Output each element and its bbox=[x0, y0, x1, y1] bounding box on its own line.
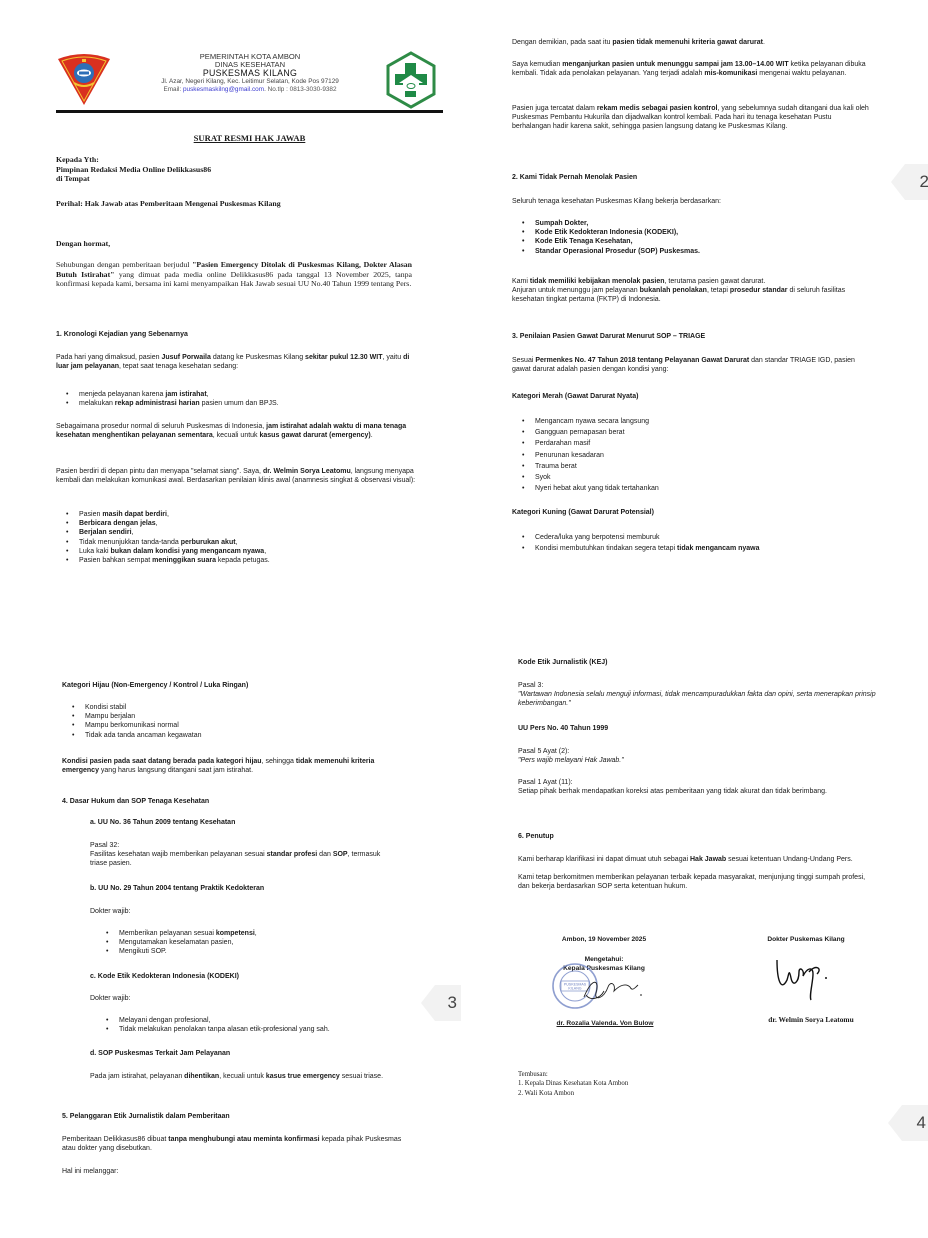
list-item: melakukan rekap administrasi harian pasi… bbox=[56, 399, 416, 408]
green-category-conclusion: Kondisi pasien pada saat datang berada p… bbox=[62, 757, 412, 775]
signature-right-icon bbox=[769, 950, 839, 1005]
puskesmas-cross-logo-icon bbox=[385, 51, 437, 109]
list-item: Mampu berjalan bbox=[62, 712, 412, 721]
list-item: Tidak ada tanda ancaman kegawatan bbox=[62, 731, 412, 740]
letterhead-divider bbox=[56, 110, 443, 113]
closing-paragraph-2: Kami tetap berkomitmen memberikan pelaya… bbox=[518, 873, 878, 891]
yellow-category-title: Kategori Kuning (Gawat Darurat Potensial… bbox=[512, 508, 872, 517]
letterhead-org: PUSKESMAS KILANG bbox=[120, 69, 380, 77]
list-item: Kode Etik Kedokteran Indonesia (KODEKI), bbox=[512, 228, 872, 237]
section-1: 1. Kronologi Kejadian yang Sebenarnya bbox=[56, 330, 416, 339]
list-item: Mengutamakan keselamatan pasien, bbox=[96, 938, 416, 947]
list-item: Melayani dengan profesional, bbox=[96, 1016, 416, 1025]
section-1-title: 1. Kronologi Kejadian yang Sebenarnya bbox=[56, 330, 416, 339]
list-item: Tidak menunjukkan tanda-tanda perburukan… bbox=[56, 538, 416, 547]
law-c-title: c. Kode Etik Kedokteran Indonesia (KODEK… bbox=[90, 972, 410, 981]
list-item: Kondisi membutuhkan tindakan segera teta… bbox=[512, 543, 872, 554]
kej-quote: "Wartawan Indonesia selalu menguji infor… bbox=[518, 690, 878, 708]
section-2-intro: Seluruh tenaga kesehatan Puskesmas Kilan… bbox=[512, 197, 872, 206]
list-item: Mengancam nyawa secara langsung bbox=[512, 416, 872, 427]
signatory-right-name: dr. Welmin Sorya Leatomu bbox=[736, 1015, 886, 1024]
document-page-2: Dengan demikian, pada saat itu pasien ti… bbox=[464, 0, 928, 619]
section-5-paragraph: Pemberitaan Delikkasus86 dibuat tanpa me… bbox=[62, 1135, 412, 1153]
law-c-intro: Dokter wajib: bbox=[90, 994, 410, 1003]
section-1-paragraph-3: Pasien berdiri di depan pintu dan menyap… bbox=[56, 467, 416, 485]
list-item: Pasien bahkan sempat meninggikan suara k… bbox=[56, 556, 416, 565]
section-1-paragraph-1: Pada hari yang dimaksud, pasien Jusuf Po… bbox=[56, 353, 416, 371]
closing-paragraph-1: Kami berharap klarifikasi ini dapat dimu… bbox=[518, 855, 878, 864]
section-1-activity-list: menjeda pelayanan karena jam istirahat, … bbox=[56, 390, 416, 408]
uu-pasal-5: Pasal 5 Ayat (2): bbox=[518, 747, 878, 756]
salutation: Dengan hormat, bbox=[56, 239, 436, 249]
section-1-paragraph-2: Sebagaimana prosedur normal di seluruh P… bbox=[56, 422, 416, 440]
principles-list: Sumpah Dokter, Kode Etik Kedokteran Indo… bbox=[512, 219, 872, 256]
list-item: Berjalan sendiri, bbox=[56, 528, 416, 537]
list-item: Kondisi stabil bbox=[62, 703, 412, 712]
clinical-assessment-list: Pasien masih dapat berdiri, Berbicara de… bbox=[56, 510, 416, 565]
subject-line: Perihal: Hak Jawab atas Pemberitaan Meng… bbox=[56, 199, 436, 209]
section-2-paragraph: Kami tidak memiliki kebijakan menolak pa… bbox=[512, 277, 872, 305]
page-number-badge-4: 4 bbox=[888, 1105, 928, 1141]
list-item: Berbicara dengan jelas, bbox=[56, 519, 416, 528]
green-category-list: Kondisi stabil Mampu berjalan Mampu berk… bbox=[62, 703, 412, 740]
section-3-intro: Sesuai Permenkes No. 47 Tahun 2018 tenta… bbox=[512, 356, 872, 374]
section-3-title: 3. Penilaian Pasien Gawat Darurat Menuru… bbox=[512, 332, 872, 341]
cc-item: 1. Kepala Dinas Kesehatan Kota Ambon bbox=[518, 1079, 818, 1088]
section-5-title: 5. Pelanggaran Etik Jurnalistik dalam Pe… bbox=[62, 1112, 412, 1121]
list-item: Cedera/luka yang berpotensi memburuk bbox=[512, 532, 872, 543]
law-a-text: Fasilitas kesehatan wajib memberikan pel… bbox=[90, 850, 390, 868]
list-item: Penurunan kesadaran bbox=[512, 450, 872, 461]
document-page-3: Kategori Hijau (Non-Emergency / Kontrol … bbox=[0, 619, 464, 1238]
signature-block-right-role: Dokter Puskemas Kilang bbox=[746, 935, 866, 944]
law-a-pasal: Pasal 32: bbox=[90, 841, 410, 850]
list-item: Pasien masih dapat berdiri, bbox=[56, 510, 416, 519]
law-a-title: a. UU No. 36 Tahun 2009 tentang Kesehata… bbox=[90, 818, 410, 827]
list-item: Mampu berkomunikasi normal bbox=[62, 721, 412, 730]
list-item: Perdarahan masif bbox=[512, 438, 872, 449]
place-date: Ambon, 19 November 2025 bbox=[544, 935, 664, 944]
section-6-title: 6. Penutup bbox=[518, 832, 878, 841]
list-item: Memberikan pelayanan sesuai kompetensi, bbox=[96, 929, 416, 938]
uu-pasal-1: Pasal 1 Ayat (11): bbox=[518, 778, 878, 787]
law-b-intro: Dokter wajib: bbox=[90, 907, 410, 916]
ambon-city-emblem-icon bbox=[56, 51, 112, 107]
page-number-badge-2: 2 bbox=[891, 164, 928, 200]
list-item: Nyeri hebat akut yang tidak tertahankan bbox=[512, 483, 872, 494]
signatory-left-name: dr. Rozalia Valenda. Von Bulow bbox=[530, 1019, 680, 1028]
list-item: Trauma berat bbox=[512, 461, 872, 472]
section-2-title: 2. Kami Tidak Pernah Menolak Pasien bbox=[512, 173, 872, 182]
uu-pasal-1-text: Setiap pihak berhak mendapatkan koreksi … bbox=[518, 787, 878, 796]
uu-pers-title: UU Pers No. 40 Tahun 1999 bbox=[518, 724, 878, 733]
section-4-title: 4. Dasar Hukum dan SOP Tenaga Kesehatan bbox=[62, 797, 412, 806]
law-b-list: Memberikan pelayanan sesuai kompetensi, … bbox=[96, 929, 416, 957]
intro-paragraph: Sehubungan dengan pemberitaan berjudul "… bbox=[56, 260, 412, 289]
list-item: Mengikuti SOP. bbox=[96, 947, 416, 956]
list-item: Gangguan pernapasan berat bbox=[512, 427, 872, 438]
law-c-list: Melayani dengan profesional, Tidak melak… bbox=[96, 1016, 416, 1034]
letterhead-text: PEMERINTAH KOTA AMBON DINAS KESEHATAN PU… bbox=[120, 53, 380, 94]
document-page-1: PEMERINTAH KOTA AMBON DINAS KESEHATAN PU… bbox=[0, 0, 464, 619]
list-item: Luka kaki bukan dalam kondisi yang menga… bbox=[56, 547, 416, 556]
red-category-title: Kategori Merah (Gawat Darurat Nyata) bbox=[512, 392, 872, 401]
recipient-block: Kepada Yth: Pimpinan Redaksi Media Onlin… bbox=[56, 155, 436, 184]
list-item: Tidak melakukan penolakan tanpa alasan e… bbox=[96, 1025, 416, 1034]
list-item: Standar Operasional Prosedur (SOP) Puske… bbox=[512, 247, 872, 256]
yellow-category-list: Cedera/luka yang berpotensi memburuk Kon… bbox=[512, 532, 872, 554]
conclusion-paragraph: Dengan demikian, pada saat itu pasien ti… bbox=[512, 38, 872, 47]
signature-left-icon bbox=[574, 969, 654, 1009]
page-number-badge-3: 3 bbox=[421, 985, 461, 1021]
list-item: menjeda pelayanan karena jam istirahat, bbox=[56, 390, 416, 399]
cc-item: 2. Wali Kota Ambon bbox=[518, 1089, 818, 1098]
letterhead-contact: Email: puskesmaskilng@gmail.com. No.tlp … bbox=[120, 86, 380, 94]
list-item: Syok bbox=[512, 472, 872, 483]
section-5-violations-intro: Hal ini melanggar: bbox=[62, 1167, 412, 1176]
law-d-title: d. SOP Puskesmas Terkait Jam Pelayanan bbox=[90, 1049, 410, 1058]
list-item: Sumpah Dokter, bbox=[512, 219, 872, 228]
uu-pasal-5-quote: "Pers wajib melayani Hak Jawab." bbox=[518, 756, 878, 765]
document-page-4: Kode Etik Jurnalistik (KEJ) Pasal 3: "Wa… bbox=[464, 619, 928, 1238]
list-item: Kode Etik Tenaga Kesehatan, bbox=[512, 237, 872, 246]
kej-pasal: Pasal 3: bbox=[518, 681, 878, 690]
letterhead-address: Jl. Azar, Negeri Kilang, Kec. Leitimur S… bbox=[120, 78, 380, 86]
kej-title: Kode Etik Jurnalistik (KEJ) bbox=[518, 658, 878, 667]
email-link[interactable]: puskesmaskilng@gmail.com bbox=[183, 86, 264, 93]
green-category-title: Kategori Hijau (Non-Emergency / Kontrol … bbox=[62, 681, 412, 690]
carbon-copy-block: Tembusan: 1. Kepala Dinas Kesehatan Kota… bbox=[518, 1070, 818, 1098]
law-d-text: Pada jam istirahat, pelayanan dihentikan… bbox=[90, 1072, 400, 1081]
law-b-title: b. UU No. 29 Tahun 2004 tentang Praktik … bbox=[90, 884, 410, 893]
recommendation-paragraph: Saya kemudian menganjurkan pasien untuk … bbox=[512, 60, 872, 78]
document-title: SURAT RESMI HAK JAWAB bbox=[56, 133, 443, 143]
medical-record-paragraph: Pasien juga tercatat dalam rekam medis s… bbox=[512, 104, 872, 132]
red-category-list: Mengancam nyawa secara langsung Gangguan… bbox=[512, 416, 872, 494]
